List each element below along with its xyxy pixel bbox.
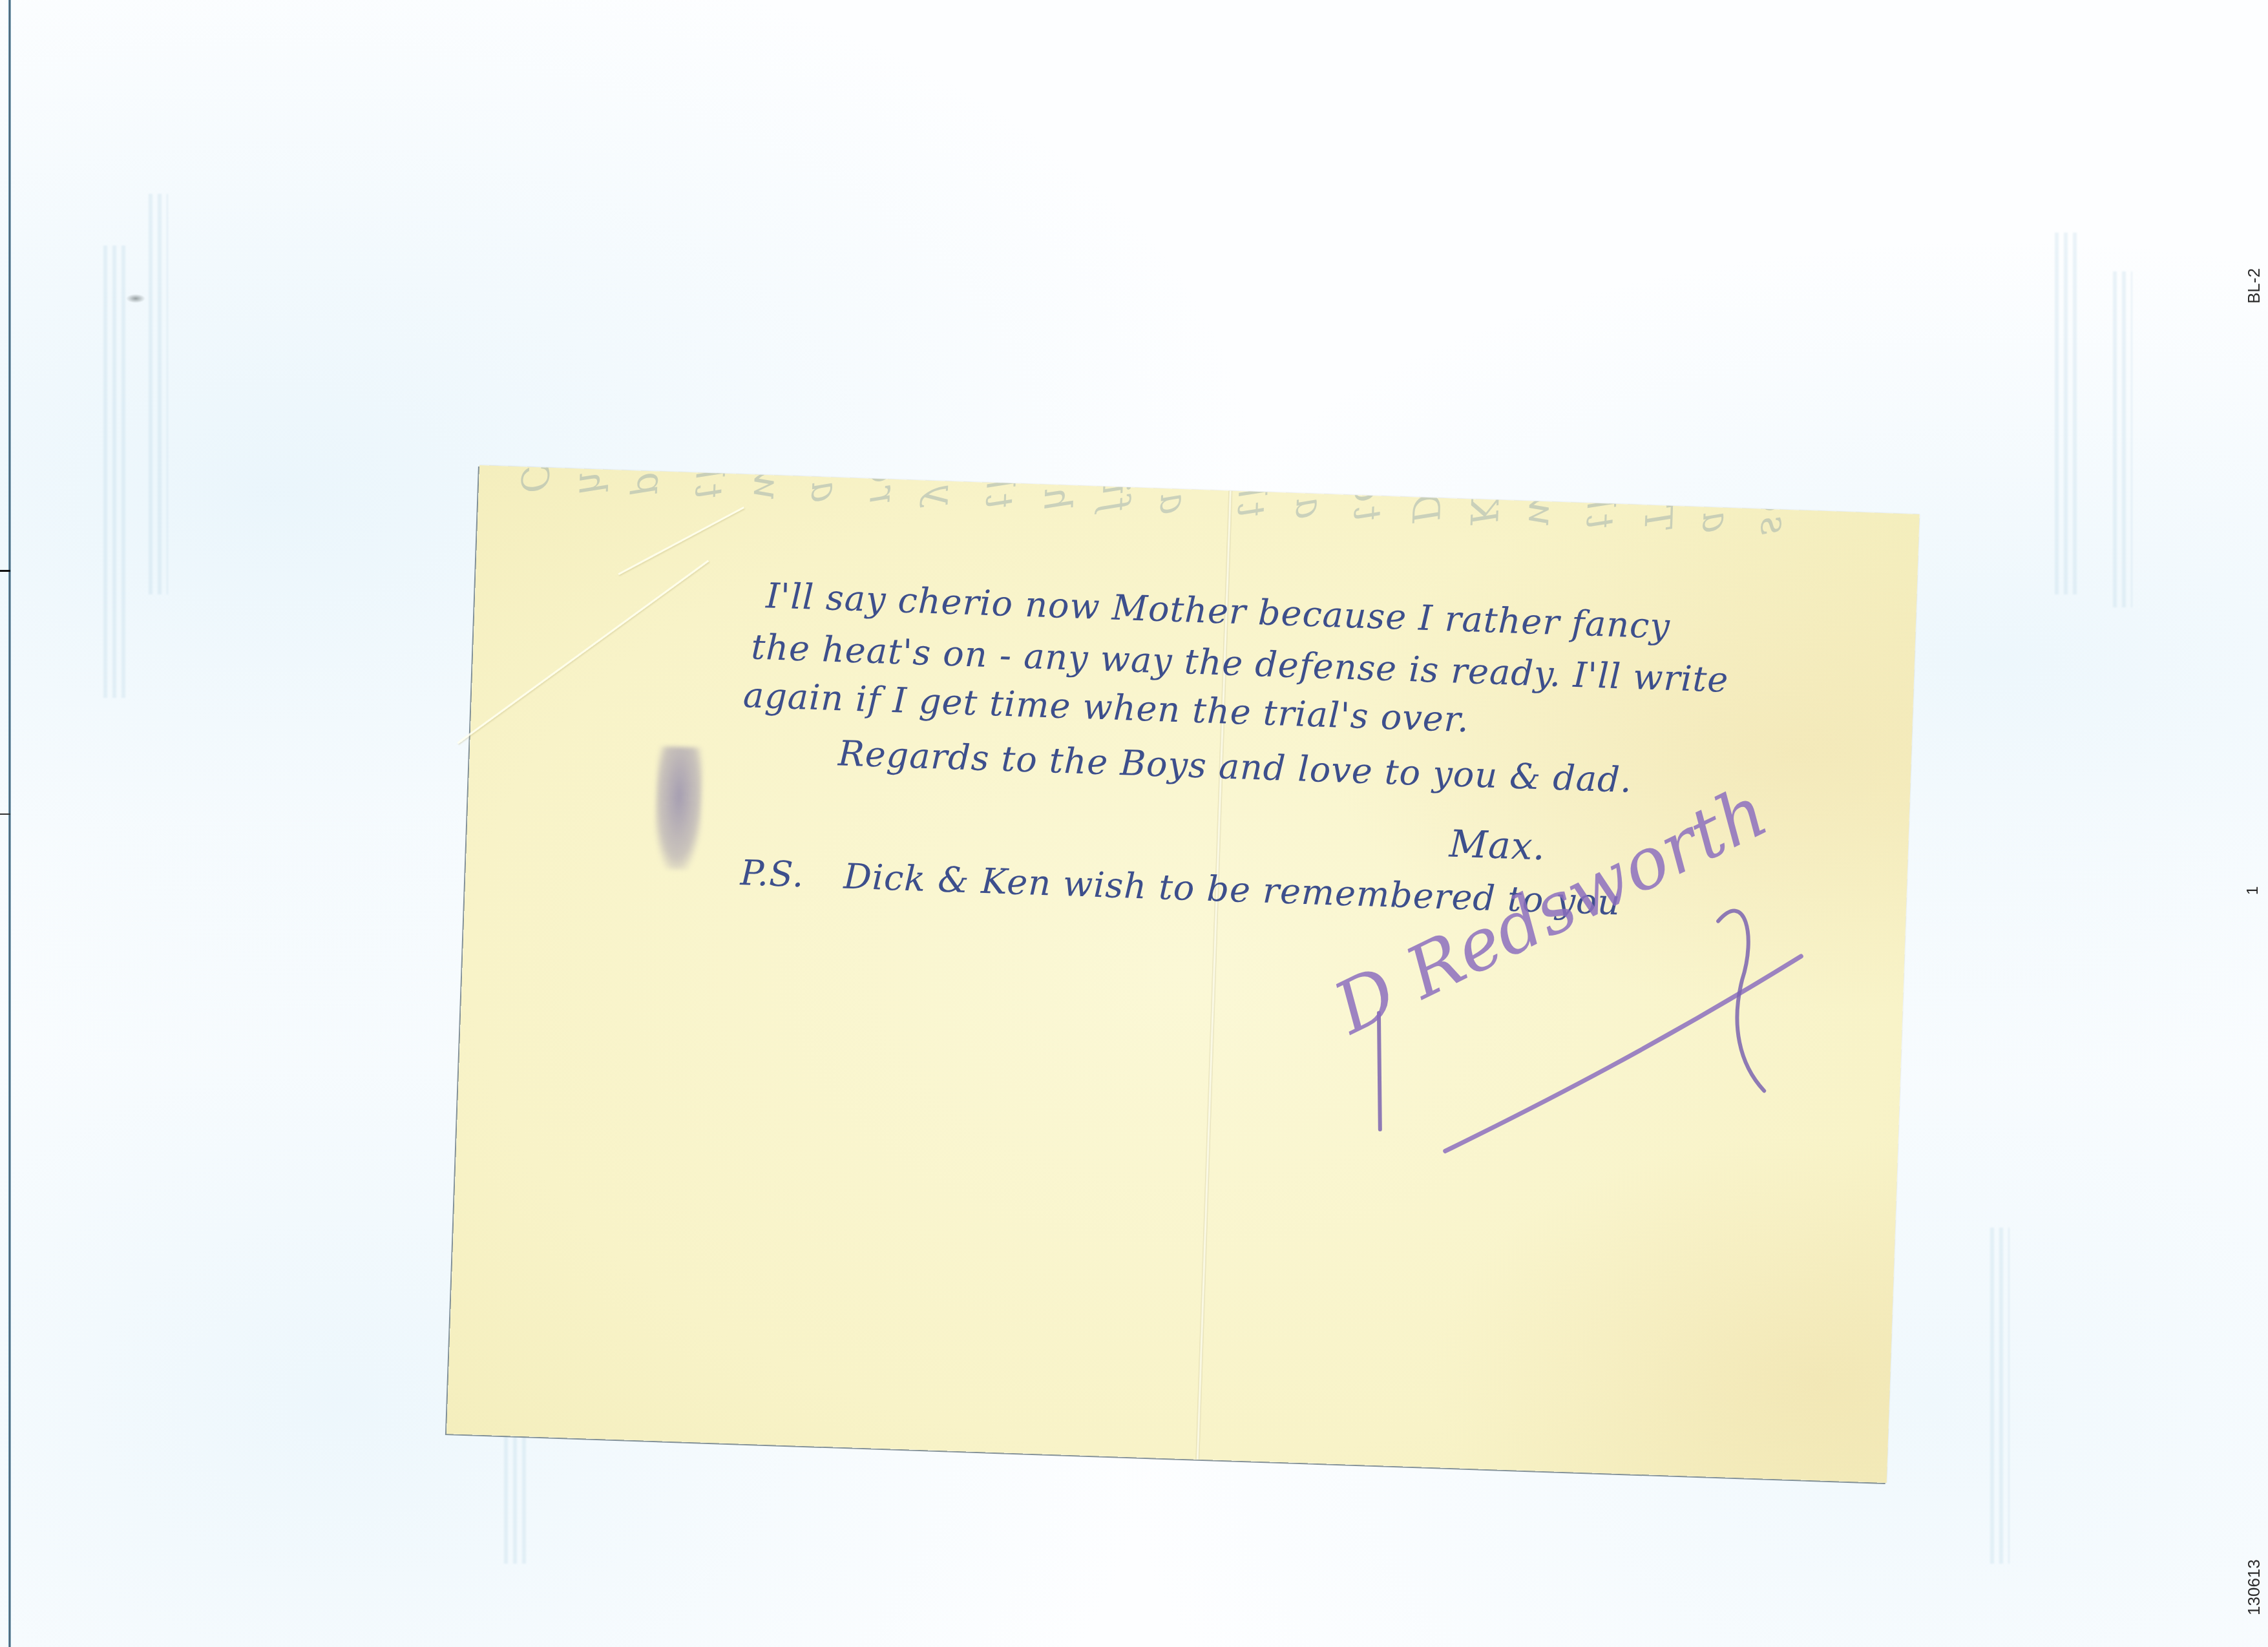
background-print-bleed — [2113, 271, 2132, 607]
diagonal-fold — [618, 507, 744, 575]
page-number: 1 — [2244, 886, 2262, 895]
postscript-label: P.S. — [740, 855, 805, 892]
letter-line: Regards to the Boys and love to you & da… — [837, 736, 1633, 798]
letter-sheet: Concerning the trial we have been kept b… — [446, 465, 1920, 1483]
binding-edge — [8, 0, 11, 1647]
series-label: BL-2 — [2244, 268, 2264, 304]
edge-tick-mark — [0, 813, 10, 815]
background-print-bleed — [149, 194, 168, 594]
censor-signature: D Redsworth — [1348, 883, 1822, 1170]
item-id-label: 130613 — [2244, 1559, 2264, 1615]
dust-speck — [126, 294, 145, 303]
letter-signoff: Max. — [1449, 824, 1546, 865]
vertical-fold — [1195, 490, 1232, 1459]
background-print-bleed — [103, 246, 129, 698]
background-print-bleed — [1990, 1228, 2010, 1564]
background-print-bleed — [2055, 233, 2078, 594]
edge-tick-mark — [0, 570, 10, 572]
ink-smudge — [653, 746, 704, 870]
diagonal-fold — [457, 560, 709, 744]
